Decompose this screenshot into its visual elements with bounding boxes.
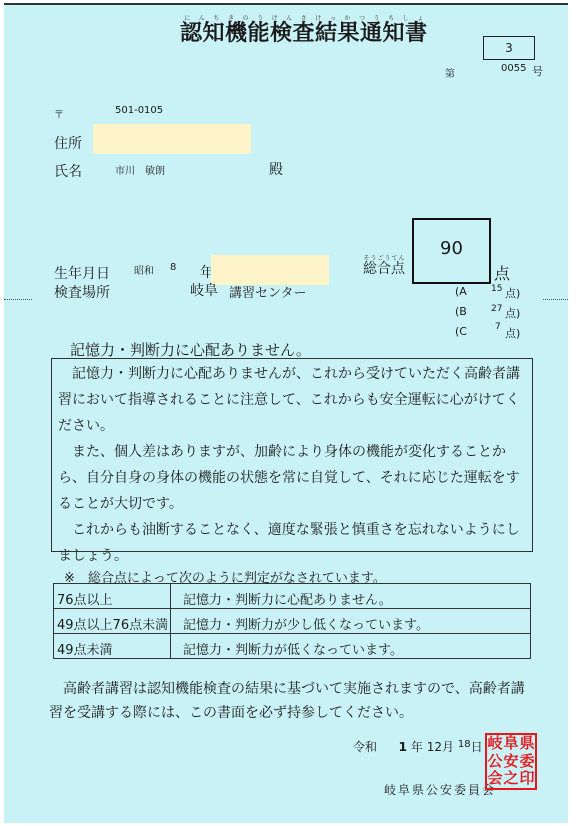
seal-char: 会 — [487, 770, 503, 788]
honorific: 殿 — [269, 159, 283, 179]
total-score-box: 90 — [412, 218, 491, 284]
advice-paragraph-2: また、個人差はありますが、加齢により身体の機能が変化することから、自分自身の身体… — [58, 439, 526, 517]
result-cell: 記憶力・判断力が低くなっています。 — [171, 634, 531, 659]
score-a-unit: 点) — [505, 285, 520, 301]
score-c-points: 7 — [495, 322, 501, 332]
birth-label: 生年月日 — [54, 263, 110, 283]
issue-date: 令和 1 年 12月 18日 — [353, 738, 483, 755]
address-redaction — [93, 124, 251, 154]
range-cell: 76点以上 — [54, 584, 171, 609]
table-row: 49点未満 記憶力・判断力が低くなっています。 — [54, 634, 531, 659]
advice-paragraph-1: 記憶力・判断力に心配ありませんが、これから受けていただく高齢者講習において指導さ… — [58, 361, 526, 439]
table-row: 76点以上 記憶力・判断力に心配ありません。 — [54, 584, 531, 609]
seal-char: 之 — [503, 770, 519, 788]
score-b-label: (B — [455, 305, 467, 318]
issue-month: 12 — [427, 740, 442, 754]
document-title: 認知機能検査結果通知書にんちきのうけんさけっかつうちしょ — [180, 15, 428, 47]
name-value: 市川 敏朗 — [115, 162, 165, 177]
seal-char: 委 — [519, 753, 535, 771]
closing-text: 高齢者講習は認知機能検査の結果に基づいて実施されますので、高齢者講習を受講する際… — [49, 677, 529, 725]
score-c-label: (C — [455, 325, 467, 338]
serial-number: 0055 — [501, 63, 526, 74]
address-label: 住所 — [54, 133, 82, 153]
score-a-points: 15 — [491, 284, 502, 294]
serial-prefix: 第 — [445, 65, 455, 80]
seal-char: 県 — [519, 735, 535, 753]
advice-paragraph-3: これからも油断することなく、適度な緊張と慎重さを忘れないようにしましょう。 — [58, 517, 526, 569]
fold-mark-left — [4, 299, 32, 300]
seal-char: 公 — [487, 753, 503, 771]
score-c-unit: 点) — [505, 325, 520, 341]
advice-box: 記憶力・判断力に心配ありませんが、これから受けていただく高齢者講習において指導さ… — [51, 358, 533, 552]
issue-year-unit: 年 — [411, 740, 423, 754]
site-prefecture: 岐阜 — [190, 280, 218, 300]
score-b-unit: 点) — [505, 305, 520, 321]
birth-era: 昭和 — [134, 262, 154, 277]
seal-char: 安 — [503, 753, 519, 771]
issuer-name: 岐阜県公安委員会 — [384, 781, 496, 798]
issue-day-unit: 日 — [471, 740, 483, 754]
box-number: 3 — [483, 36, 535, 60]
result-cell: 記憶力・判断力に心配ありません。 — [171, 584, 531, 609]
birth-year: 8 — [170, 262, 176, 273]
birthdate-redaction — [211, 255, 329, 285]
postal-code: 501-0105 — [115, 105, 163, 116]
serial-suffix: 号 — [532, 63, 543, 79]
official-seal: 岐 阜 県 公 安 委 会 之 印 — [485, 733, 537, 790]
fold-mark-right — [543, 299, 568, 300]
table-row: 49点以上76点未満 記憶力・判断力が少し低くなっています。 — [54, 609, 531, 634]
site-center: 講習センター — [229, 282, 306, 301]
closing-paragraph: 高齢者講習は認知機能検査の結果に基づいて実施されますので、高齢者講習を受講する際… — [49, 677, 529, 725]
seal-char: 岐 — [487, 735, 503, 753]
name-label: 氏名 — [54, 161, 82, 181]
result-cell: 記憶力・判断力が少し低くなっています。 — [171, 609, 531, 634]
judgement-table: 76点以上 記憶力・判断力に心配ありません。 49点以上76点未満 記憶力・判断… — [53, 583, 531, 659]
range-cell: 49点以上76点未満 — [54, 609, 171, 634]
issue-day: 18 — [458, 739, 471, 750]
score-b-points: 27 — [491, 304, 502, 314]
total-score-unit: 点 — [494, 261, 510, 284]
result-heading: 記憶力・判断力に心配ありません。 — [70, 339, 311, 360]
seal-char: 印 — [519, 770, 535, 788]
issue-month-unit: 月 — [442, 740, 454, 754]
notice-document: 認知機能検査結果通知書にんちきのうけんさけっかつうちしょ 3 第 0055 号 … — [4, 3, 568, 823]
site-label: 検査場所 — [54, 282, 110, 302]
seal-char: 阜 — [503, 735, 519, 753]
total-score-label: 総合点そうごうてん — [363, 255, 405, 278]
postal-mark: 〒 — [54, 106, 64, 121]
score-a-label: (A — [455, 285, 467, 298]
issue-year: 1 — [399, 740, 407, 754]
range-cell: 49点未満 — [54, 634, 171, 659]
issue-era: 令和 — [353, 740, 377, 754]
